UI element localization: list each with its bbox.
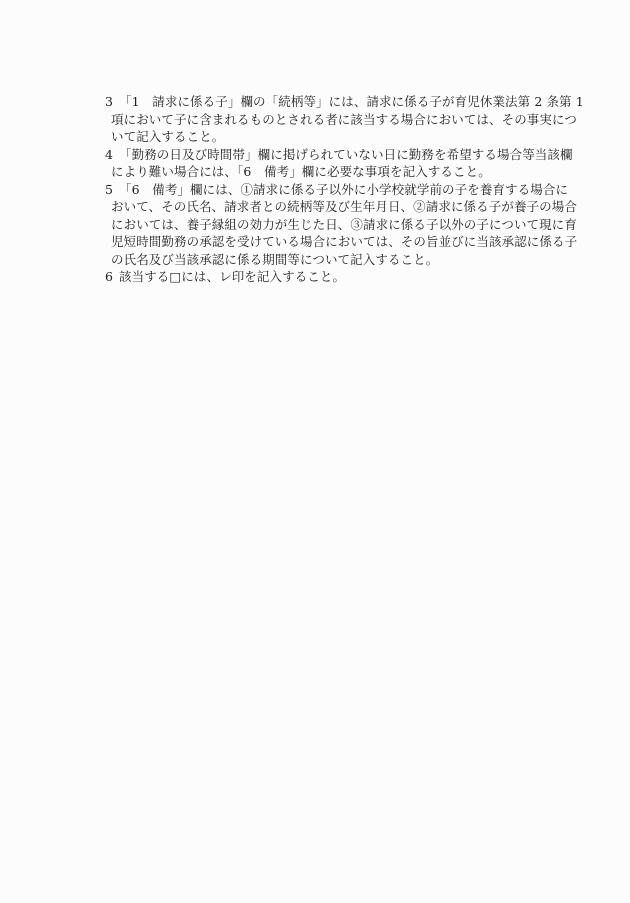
note-line: 項において子に含まれるものとされる者に該当する場合においては、その事実につ [105, 111, 537, 129]
note-line: おいて、その氏名、請求者との続柄等及び生年月日、②請求に係る子が養子の場合 [105, 198, 537, 216]
note-item-3: 3「1 請求に係る子」欄の「続柄等」には、請求に係る子が育児休業法第 2 条第 … [105, 93, 537, 146]
note-line: いて記入すること。 [105, 128, 537, 146]
note-item-6: 6該当する□には、レ印を記入すること。 [105, 268, 537, 286]
notes-list: 3「1 請求に係る子」欄の「続柄等」には、請求に係る子が育児休業法第 2 条第 … [105, 93, 537, 286]
note-line: 5「6 備考」欄には、①請求に係る子以外に小学校就学前の子を養育する場合に [105, 181, 537, 199]
note-line: においては、養子縁組の効力が生じた日、③請求に係る子以外の子について現に育 [105, 216, 537, 234]
note-number: 3 [105, 93, 119, 111]
note-number: 6 [105, 268, 119, 286]
note-line: により難い場合には、「6 備考」欄に必要な事項を記入すること。 [105, 163, 537, 181]
document-page: 3「1 請求に係る子」欄の「続柄等」には、請求に係る子が育児休業法第 2 条第 … [0, 0, 630, 903]
note-line: の氏名及び当該承認に係る期間等について記入すること。 [105, 251, 537, 269]
note-line: 4「勤務の日及び時間帯」欄に掲げられていない日に勤務を希望する場合等当該欄 [105, 146, 537, 164]
note-item-4: 4「勤務の日及び時間帯」欄に掲げられていない日に勤務を希望する場合等当該欄 によ… [105, 146, 537, 181]
note-line: 6該当する□には、レ印を記入すること。 [105, 268, 537, 286]
note-item-5: 5「6 備考」欄には、①請求に係る子以外に小学校就学前の子を養育する場合に おい… [105, 181, 537, 269]
note-line-text: 「勤務の日及び時間帯」欄に掲げられていない日に勤務を希望する場合等当該欄 [119, 147, 573, 162]
note-line: 3「1 請求に係る子」欄の「続柄等」には、請求に係る子が育児休業法第 2 条第 … [105, 93, 537, 111]
note-number: 4 [105, 146, 119, 164]
note-line-text: 「6 備考」欄には、①請求に係る子以外に小学校就学前の子を養育する場合に [119, 182, 568, 197]
note-line-text: 該当する□には、レ印を記入すること。 [119, 269, 345, 284]
note-line: 児短時間勤務の承認を受けている場合においては、その旨並びに当該承認に係る子 [105, 233, 537, 251]
note-line-text: 「1 請求に係る子」欄の「続柄等」には、請求に係る子が育児休業法第 2 条第 1 [119, 94, 584, 109]
note-number: 5 [105, 181, 119, 199]
